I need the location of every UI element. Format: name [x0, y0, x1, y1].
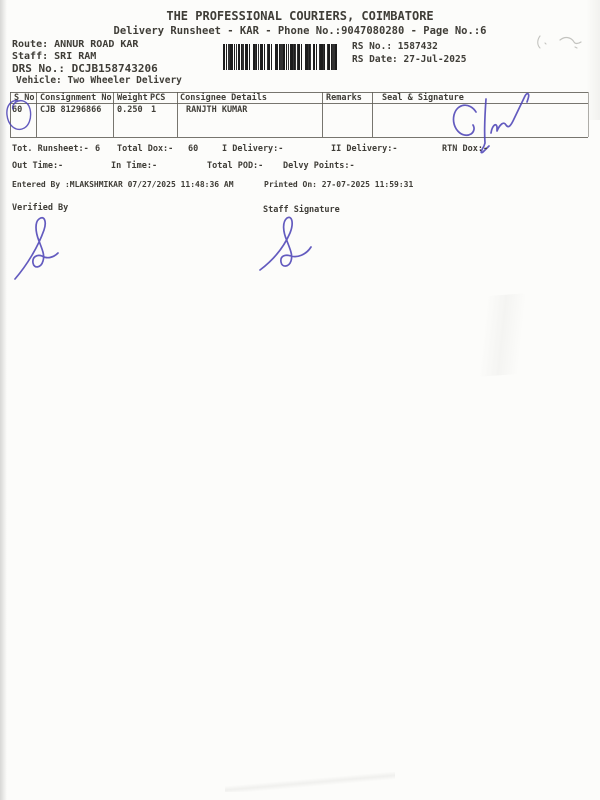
table-column-border: [322, 92, 323, 137]
table-column-border: [177, 92, 178, 137]
cell-consignment-no: CJB 81296866: [40, 106, 101, 116]
column-header-remarks: Remarks: [326, 94, 362, 104]
ii-delivery-label: II Delivery:-: [331, 145, 398, 155]
table-column-border: [36, 92, 37, 137]
rs-date-label: RS Date:: [352, 54, 398, 65]
staff-label: Staff:: [12, 51, 48, 62]
rtn-dox-label: RTN Dox:-: [442, 145, 488, 155]
delvy-points-label: Delvy Points:-: [283, 162, 355, 172]
company-title: THE PROFESSIONAL COURIERS, COIMBATORE: [0, 10, 600, 24]
entered-by-line: Entered By :MLAKSHMIKAR 07/27/2025 11:48…: [12, 180, 234, 189]
scanned-delivery-runsheet: THE PROFESSIONAL COURIERS, COIMBATORE De…: [0, 0, 600, 800]
cell-consignee: RANJTH KUMAR: [186, 106, 247, 116]
paper-crease: [225, 772, 395, 792]
runsheet-subtitle: Delivery Runsheet - KAR - Phone No.:9047…: [0, 25, 600, 37]
pen-circle-annotation: [3, 97, 33, 133]
column-header-consignment-no: Consignment No: [40, 94, 112, 104]
cell-weight: 0.250: [117, 106, 143, 116]
in-time-label: In Time:-: [111, 162, 157, 172]
vehicle-label: Vehicle:: [16, 75, 62, 86]
pencil-squiggle-mark: [533, 30, 588, 56]
verified-signature-ink: [8, 211, 98, 283]
total-pod-label: Total POD:-: [207, 162, 263, 172]
route-value: ANNUR ROAD KAR: [54, 39, 138, 50]
column-header-pcs: PCS: [150, 94, 165, 104]
table-column-border: [113, 92, 114, 137]
table-column-border: [372, 92, 373, 137]
tot-runsheet-label: Tot. Runsheet:-: [12, 145, 89, 155]
drs-label: DRS No.:: [12, 62, 65, 75]
rs-no-label: RS No.:: [352, 41, 392, 52]
staff-signature-ink: [254, 210, 349, 280]
tot-runsheet-value: 6: [95, 145, 100, 155]
paper-crease: [407, 289, 597, 382]
i-delivery-label: I Delivery:-: [222, 145, 283, 155]
total-dox-value: 60: [188, 145, 198, 155]
route-label: Route:: [12, 39, 48, 50]
table-column-border: [588, 92, 589, 137]
rs-date-line: RS Date: 27-Jul-2025: [352, 55, 466, 66]
drs-value: DCJB158743206: [72, 62, 158, 75]
route-line: Route: ANNUR ROAD KAR: [12, 39, 138, 51]
drs-line: DRS No.: DCJB158743206: [12, 63, 158, 76]
printed-on-line: Printed On: 27-07-2025 11:59:31: [264, 180, 413, 189]
out-time-label: Out Time:-: [12, 162, 63, 172]
rs-no-line: RS No.: 1587432: [352, 42, 438, 53]
barcode-icon: [223, 44, 337, 70]
vehicle-line: Vehicle: Two Wheeler Delivery: [16, 76, 182, 87]
staff-line: Staff: SRI RAM: [12, 51, 96, 63]
vehicle-value: Two Wheeler Delivery: [68, 75, 182, 86]
cell-pcs: 1: [151, 106, 156, 116]
column-header-weight: Weight: [117, 94, 148, 104]
rs-no-value: 1587432: [398, 41, 438, 52]
rs-date-value: 27-Jul-2025: [404, 54, 467, 65]
column-header-consignee: Consignee Details: [180, 94, 267, 104]
total-dox-label: Total Dox:-: [117, 145, 173, 155]
staff-value: SRI RAM: [54, 51, 96, 62]
